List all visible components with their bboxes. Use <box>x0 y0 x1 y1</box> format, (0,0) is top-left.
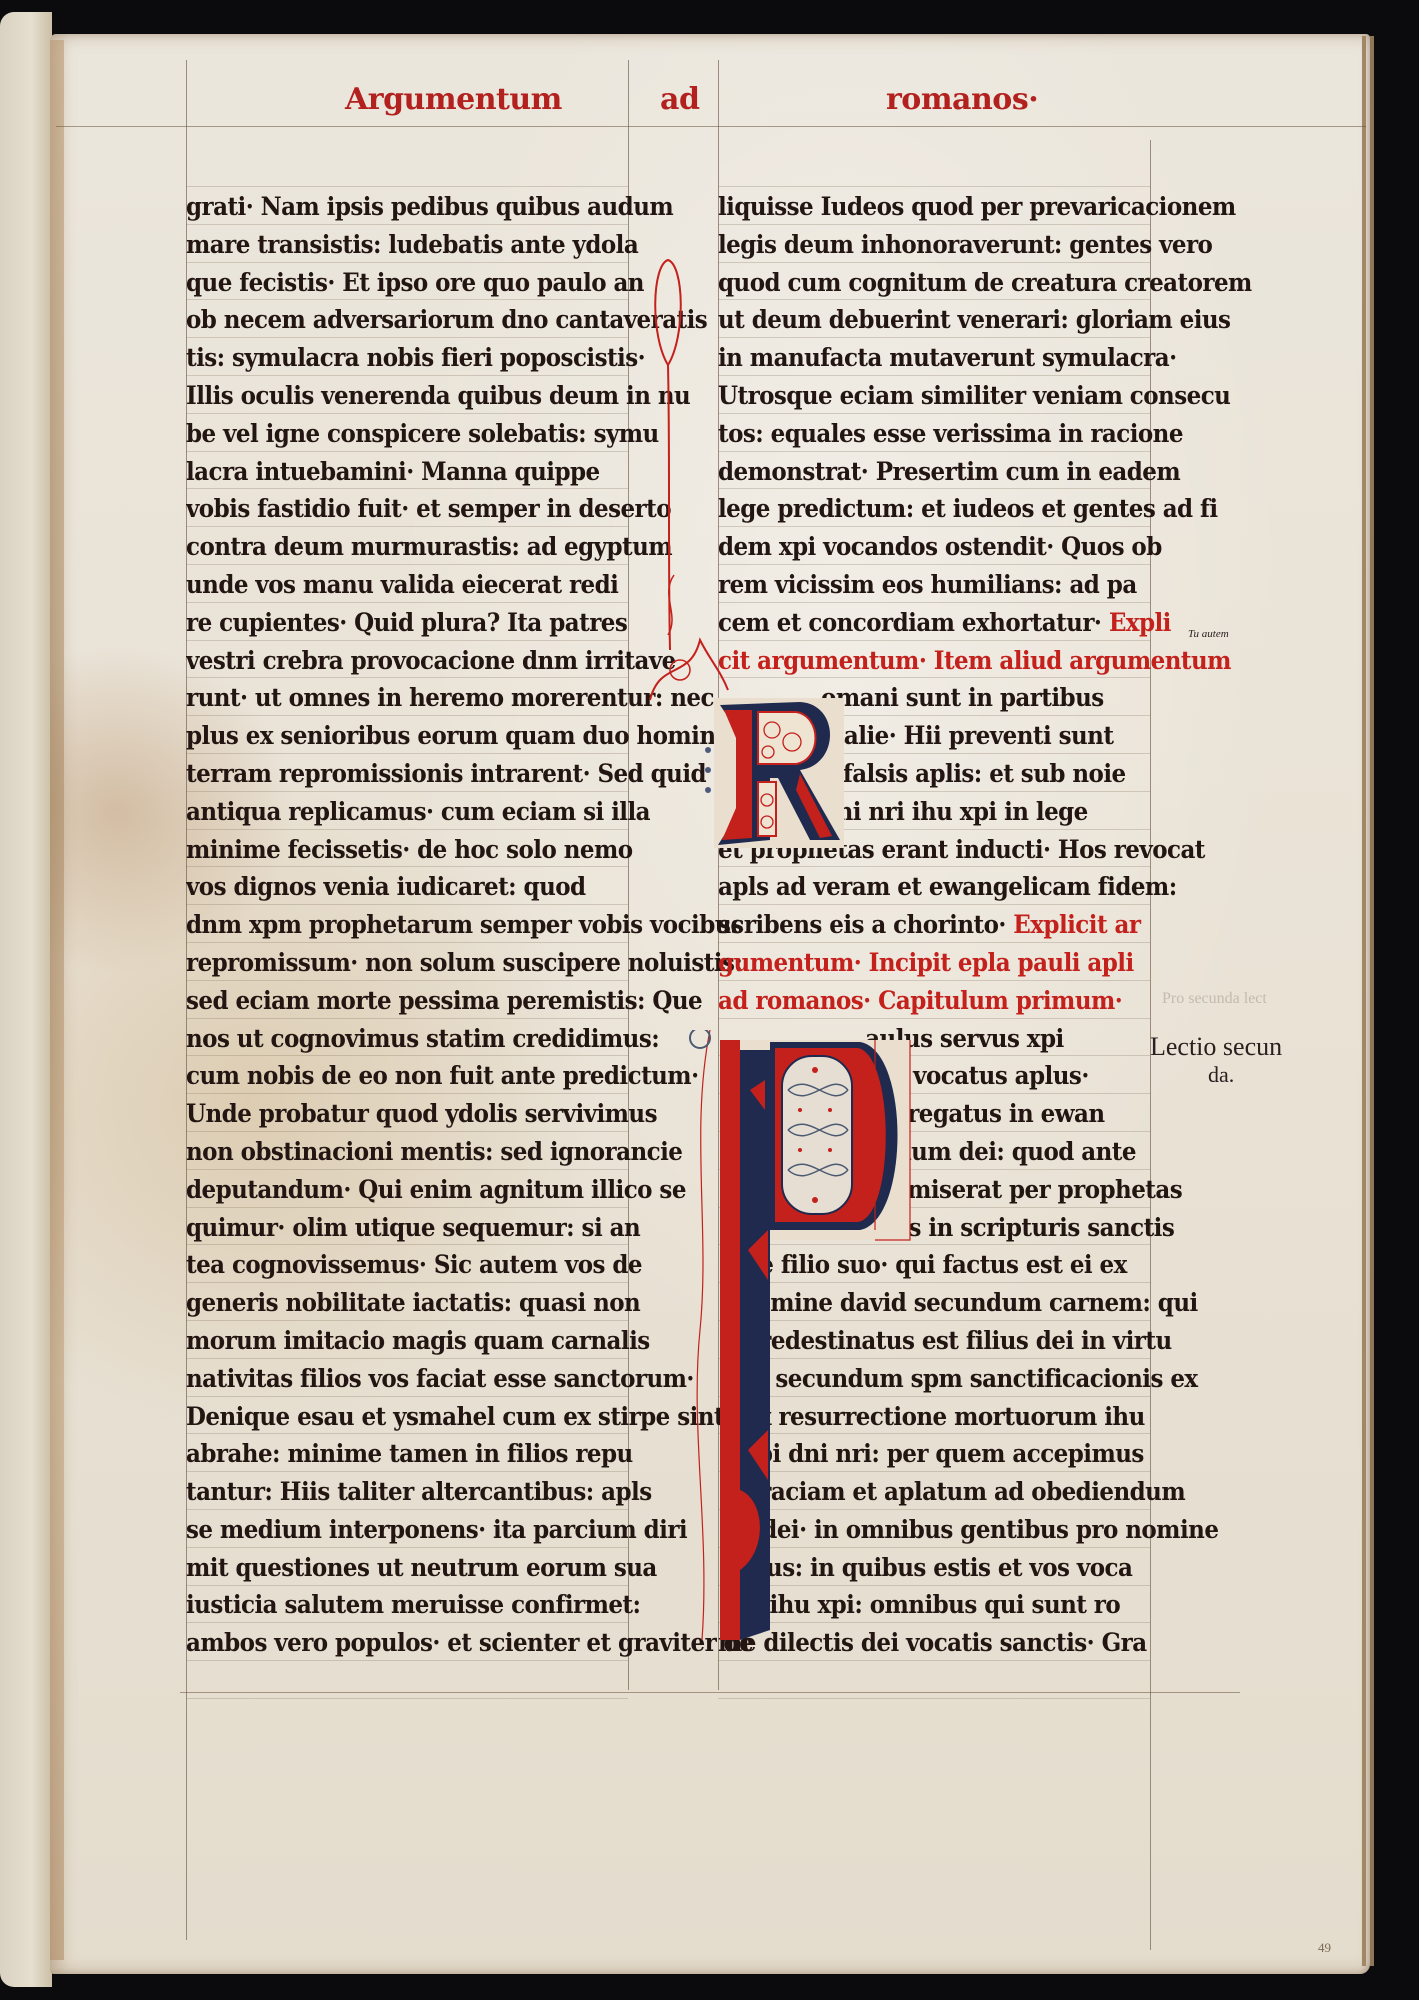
text-line: demonstrat· Presertim cum in eadem <box>718 453 1252 491</box>
text-line: grati· Nam ipsis pedibus quibus audum <box>186 188 753 226</box>
marginal-note-lectio-2: da. <box>1208 1062 1234 1088</box>
ruling-line <box>186 1698 628 1699</box>
line-text: apls ad veram et ewangelicam fidem: <box>718 872 1177 901</box>
line-text: Utrosque eciam similiter veniam consecu <box>718 381 1230 410</box>
text-line: nos ut cognovimus statim credidimus: <box>186 1020 753 1058</box>
text-line: repromissum· non solum suscipere noluist… <box>186 944 753 982</box>
gutter-stain <box>50 40 64 1960</box>
marginal-note-faded: Pro secunda lect <box>1162 990 1267 1008</box>
fore-edge <box>1370 36 1374 1966</box>
line-text: ytalie· Hii preventi sunt <box>821 721 1113 750</box>
line-text: lege predictum: et iudeos et gentes ad f… <box>718 494 1218 523</box>
text-line: ut deum debuerint venerari: gloriam eius <box>718 301 1252 339</box>
text-line: generis nobilitate iactatis: quasi non <box>186 1284 753 1322</box>
line-text: legis deum inhonoraverunt: gentes vero <box>718 230 1212 259</box>
illuminated-initial-p <box>680 1030 920 1650</box>
text-line: tea cognovissemus· Sic autem vos de <box>186 1246 753 1284</box>
bottom-rule <box>180 1692 1240 1693</box>
marginal-note-small: Tu autem <box>1188 628 1229 640</box>
line-text: a falsis aplis: et sub noie <box>821 759 1126 788</box>
text-line: scribens eis a chorinto· Explicit ar <box>718 906 1252 944</box>
text-line: rem vicissim eos humilians: ad pa <box>718 566 1252 604</box>
header-rule <box>56 126 1366 127</box>
text-line: non obstinacioni mentis: sed ignorancie <box>186 1133 753 1171</box>
illuminated-initial-r <box>700 690 850 855</box>
line-text: dni nri ihu xpi in lege <box>821 797 1088 826</box>
text-line: legis deum inhonoraverunt: gentes vero <box>718 226 1252 264</box>
running-header-left: Argumentum <box>345 82 562 117</box>
text-line: sed eciam morte pessima peremistis: Que <box>186 982 753 1020</box>
line-text: ut deum debuerint venerari: gloriam eius <box>718 305 1230 334</box>
line-text: liquisse Iudeos quod per prevaricacionem <box>718 192 1236 221</box>
line-text: cem et concordiam exhortatur· <box>718 608 1101 637</box>
text-line: Utrosque eciam similiter veniam consecu <box>718 377 1252 415</box>
text-line: cum nobis de eo non fuit ante predictum· <box>186 1057 753 1095</box>
text-line: mit questiones ut neutrum eorum sua <box>186 1549 753 1587</box>
text-line: morum imitacio magis quam carnalis <box>186 1322 753 1360</box>
text-line: iusticia salutem meruisse confirmet: <box>186 1586 753 1624</box>
previous-leaf-edge <box>0 12 52 1987</box>
text-line: antiqua replicamus· cum eciam si illa <box>186 793 753 831</box>
foliate-flourish <box>640 620 730 710</box>
ruling-line <box>718 186 1150 187</box>
line-text: quod cum cognitum de creatura creatorem <box>718 268 1252 297</box>
text-line: liquisse Iudeos quod per prevaricacionem <box>718 188 1252 226</box>
text-line: nativitas filios vos faciat esse sanctor… <box>186 1360 753 1398</box>
text-line: quod cum cognitum de creatura creatorem <box>718 264 1252 302</box>
text-line: plus ex senioribus eorum quam duo homine… <box>186 717 753 755</box>
pen-flourish <box>640 255 700 655</box>
folio-number: 49 <box>1318 1940 1331 1956</box>
text-line: deputandum· Qui enim agnitum illico se <box>186 1171 753 1209</box>
text-line: dnm xpm prophetarum semper vobis vocibus <box>186 906 753 944</box>
ruling-line <box>718 1698 1150 1699</box>
ruling-line <box>186 186 628 187</box>
text-line: Denique esau et ysmahel cum ex stirpe si… <box>186 1398 753 1436</box>
text-line: Unde probatur quod ydolis servivimus <box>186 1095 753 1133</box>
line-text: dem xpi vocandos ostendit· Quos ob <box>718 532 1162 561</box>
text-line: tos: equales esse verissima in racione <box>718 415 1252 453</box>
line-text: scribens eis a chorinto· <box>718 910 1006 939</box>
text-line: ambos vero populos· et scienter et gravi… <box>186 1624 753 1662</box>
text-line: se medium interponens· ita parcium diri <box>186 1511 753 1549</box>
text-line: in manufacta mutaverunt symulacra· <box>718 339 1252 377</box>
rubric: Expli <box>1101 608 1171 637</box>
text-line: tantur: Hiis taliter altercantibus: apls <box>186 1473 753 1511</box>
running-header-center: ad <box>660 82 699 117</box>
line-text: tos: equales esse verissima in racione <box>718 419 1183 448</box>
fore-edge <box>1362 36 1366 1966</box>
text-line: cem et concordiam exhortatur· Expli <box>718 604 1252 642</box>
rubric: cit argumentum· Item aliud argumentum <box>718 646 1231 675</box>
text-line: minime fecissetis· de hoc solo nemo <box>186 831 753 869</box>
text-line: cit argumentum· Item aliud argumentum <box>718 642 1252 680</box>
rubric: gumentum· Incipit epla pauli apli <box>718 948 1134 977</box>
text-line: vos dignos venia iudicaret: quod <box>186 868 753 906</box>
line-text: in manufacta mutaverunt symulacra· <box>718 343 1177 372</box>
text-line: lege predictum: et iudeos et gentes ad f… <box>718 490 1252 528</box>
text-line: apls ad veram et ewangelicam fidem: <box>718 868 1252 906</box>
text-line: dem xpi vocandos ostendit· Quos ob <box>718 528 1252 566</box>
line-text: rem vicissim eos humilians: ad pa <box>718 570 1137 599</box>
text-line: quimur· olim utique sequemur: si an <box>186 1209 753 1247</box>
line-text: omani sunt in partibus <box>821 683 1104 712</box>
rubric: Explicit ar <box>1006 910 1141 939</box>
marginal-note-lectio-1: Lectio secun <box>1150 1032 1282 1062</box>
rubric: ad romanos· Capitulum primum· <box>718 986 1122 1015</box>
running-header-right: romanos· <box>886 82 1038 117</box>
line-text: demonstrat· Presertim cum in eadem <box>718 457 1180 486</box>
text-line: terram repromissionis intrarent· Sed qui… <box>186 755 753 793</box>
text-line: gumentum· Incipit epla pauli apli <box>718 944 1252 982</box>
text-line: abrahe: minime tamen in filios repu <box>186 1435 753 1473</box>
